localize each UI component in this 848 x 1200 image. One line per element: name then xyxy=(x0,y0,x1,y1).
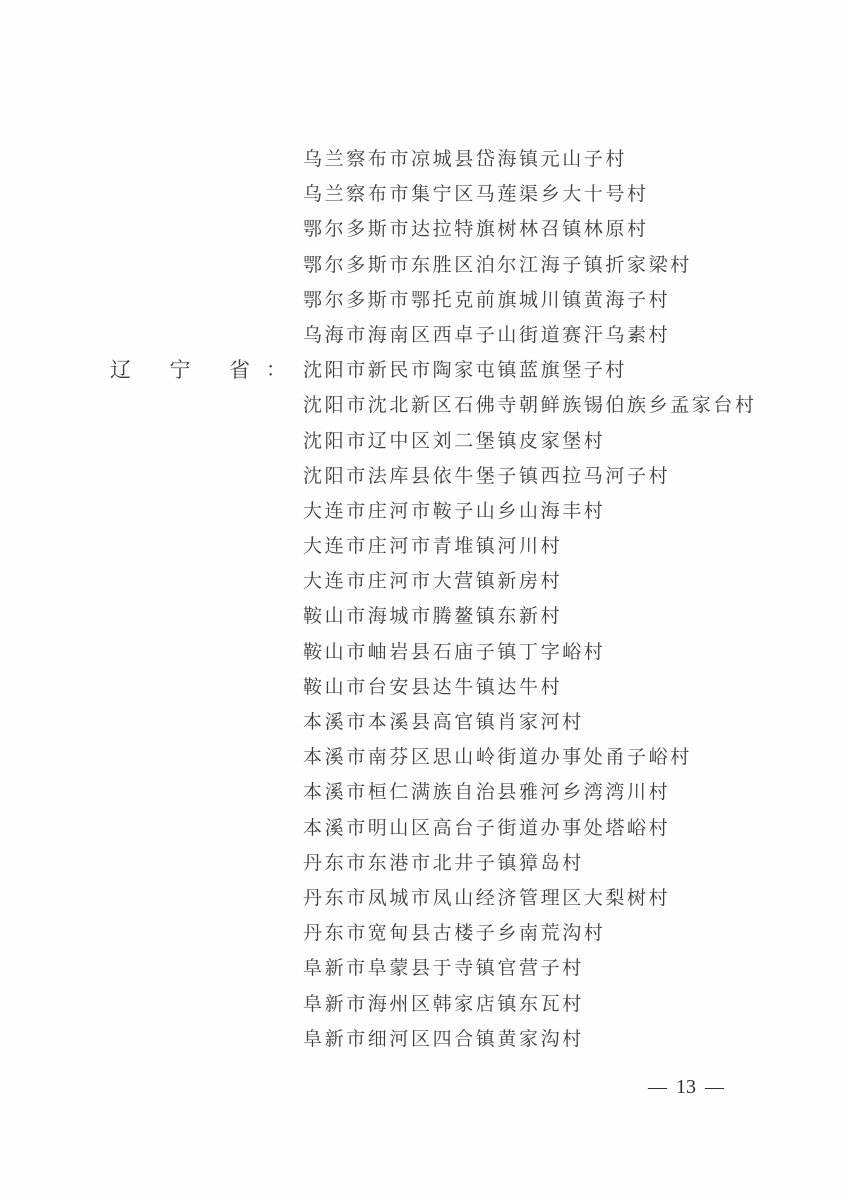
village-name: 乌兰察布市凉城县岱海镇元山子村 xyxy=(303,149,627,170)
village-line: 鞍山市岫岩县石庙子镇丁字峪村 xyxy=(0,635,848,670)
footer-right-dash: — xyxy=(705,1077,724,1099)
village-line: 本溪市明山区高台子街道办事处塔峪村 xyxy=(0,811,848,846)
village-line: 丹东市宽甸县古楼子乡南荒沟村 xyxy=(0,916,848,951)
village-name: 沈阳市新民市陶家屯镇蓝旗堡子村 xyxy=(303,360,627,381)
page-number: 13 xyxy=(676,1076,696,1099)
village-line: 鄂尔多斯市东胜区泊尔江海子镇折家梁村 xyxy=(0,248,848,283)
province-colon: ： xyxy=(266,353,286,388)
village-line: 乌海市海南区西卓子山街道赛汗乌素村 xyxy=(0,318,848,353)
village-name: 大连市庄河市青堆镇河川村 xyxy=(303,536,562,557)
village-name: 本溪市本溪县高官镇肖家河村 xyxy=(303,712,584,733)
province-char: 辽 xyxy=(110,353,131,388)
village-name: 鞍山市海城市腾鳌镇东新村 xyxy=(303,606,562,627)
village-line: 鄂尔多斯市鄂托克前旗城川镇黄海子村 xyxy=(0,283,848,318)
village-line: 鄂尔多斯市达拉特旗树林召镇林原村 xyxy=(0,212,848,247)
village-name: 本溪市南芬区思山岭街道办事处甬子峪村 xyxy=(303,747,692,768)
village-line: 辽宁省：沈阳市新民市陶家屯镇蓝旗堡子村 xyxy=(0,353,848,388)
village-name: 本溪市桓仁满族自治县雅河乡湾湾川村 xyxy=(303,782,670,803)
village-line: 大连市庄河市青堆镇河川村 xyxy=(0,529,848,564)
village-name: 大连市庄河市大营镇新房村 xyxy=(303,571,562,592)
page-footer: — 13 — xyxy=(648,1076,724,1099)
village-line: 本溪市桓仁满族自治县雅河乡湾湾川村 xyxy=(0,775,848,810)
village-name: 鄂尔多斯市达拉特旗树林召镇林原村 xyxy=(303,219,649,240)
village-name: 本溪市明山区高台子街道办事处塔峪村 xyxy=(303,818,670,839)
village-name: 丹东市凤城市凤山经济管理区大梨树村 xyxy=(303,888,670,909)
province-char: 省 xyxy=(229,353,250,388)
village-line: 沈阳市沈北新区石佛寺朝鲜族锡伯族乡孟家台村 xyxy=(0,388,848,423)
village-line: 大连市庄河市鞍子山乡山海丰村 xyxy=(0,494,848,529)
village-line: 沈阳市辽中区刘二堡镇皮家堡村 xyxy=(0,424,848,459)
village-name: 阜新市细河区四合镇黄家沟村 xyxy=(303,1029,584,1050)
village-line: 沈阳市法库县依牛堡子镇西拉马河子村 xyxy=(0,459,848,494)
village-list: 乌兰察布市凉城县岱海镇元山子村乌兰察布市集宁区马莲渠乡大十号村鄂尔多斯市达拉特旗… xyxy=(0,142,848,1057)
village-name: 阜新市海州区韩家店镇东瓦村 xyxy=(303,994,584,1015)
village-line: 乌兰察布市集宁区马莲渠乡大十号村 xyxy=(0,177,848,212)
village-name: 沈阳市法库县依牛堡子镇西拉马河子村 xyxy=(303,466,670,487)
village-line: 大连市庄河市大营镇新房村 xyxy=(0,564,848,599)
village-line: 阜新市阜蒙县于寺镇官营子村 xyxy=(0,951,848,986)
province-char: 宁 xyxy=(170,353,191,388)
village-name: 乌海市海南区西卓子山街道赛汗乌素村 xyxy=(303,325,670,346)
village-line: 丹东市东港市北井子镇獐岛村 xyxy=(0,846,848,881)
village-line: 丹东市凤城市凤山经济管理区大梨树村 xyxy=(0,881,848,916)
province-label: 辽宁省 xyxy=(110,353,250,388)
village-line: 阜新市海州区韩家店镇东瓦村 xyxy=(0,987,848,1022)
village-name: 乌兰察布市集宁区马莲渠乡大十号村 xyxy=(303,184,649,205)
village-name: 鄂尔多斯市鄂托克前旗城川镇黄海子村 xyxy=(303,290,670,311)
village-name: 鞍山市台安县达牛镇达牛村 xyxy=(303,677,562,698)
village-name: 沈阳市辽中区刘二堡镇皮家堡村 xyxy=(303,431,605,452)
village-line: 鞍山市海城市腾鳌镇东新村 xyxy=(0,599,848,634)
village-name: 鞍山市岫岩县石庙子镇丁字峪村 xyxy=(303,642,605,663)
village-name: 阜新市阜蒙县于寺镇官营子村 xyxy=(303,958,584,979)
document-page: 乌兰察布市凉城县岱海镇元山子村乌兰察布市集宁区马莲渠乡大十号村鄂尔多斯市达拉特旗… xyxy=(0,0,848,1200)
village-name: 丹东市宽甸县古楼子乡南荒沟村 xyxy=(303,923,605,944)
village-line: 本溪市本溪县高官镇肖家河村 xyxy=(0,705,848,740)
village-line: 乌兰察布市凉城县岱海镇元山子村 xyxy=(0,142,848,177)
village-name: 丹东市东港市北井子镇獐岛村 xyxy=(303,853,584,874)
village-line: 本溪市南芬区思山岭街道办事处甬子峪村 xyxy=(0,740,848,775)
village-line: 阜新市细河区四合镇黄家沟村 xyxy=(0,1022,848,1057)
village-line: 鞍山市台安县达牛镇达牛村 xyxy=(0,670,848,705)
village-name: 鄂尔多斯市东胜区泊尔江海子镇折家梁村 xyxy=(303,255,692,276)
footer-left-dash: — xyxy=(648,1077,667,1099)
village-name: 大连市庄河市鞍子山乡山海丰村 xyxy=(303,501,605,522)
village-name: 沈阳市沈北新区石佛寺朝鲜族锡伯族乡孟家台村 xyxy=(303,395,757,416)
